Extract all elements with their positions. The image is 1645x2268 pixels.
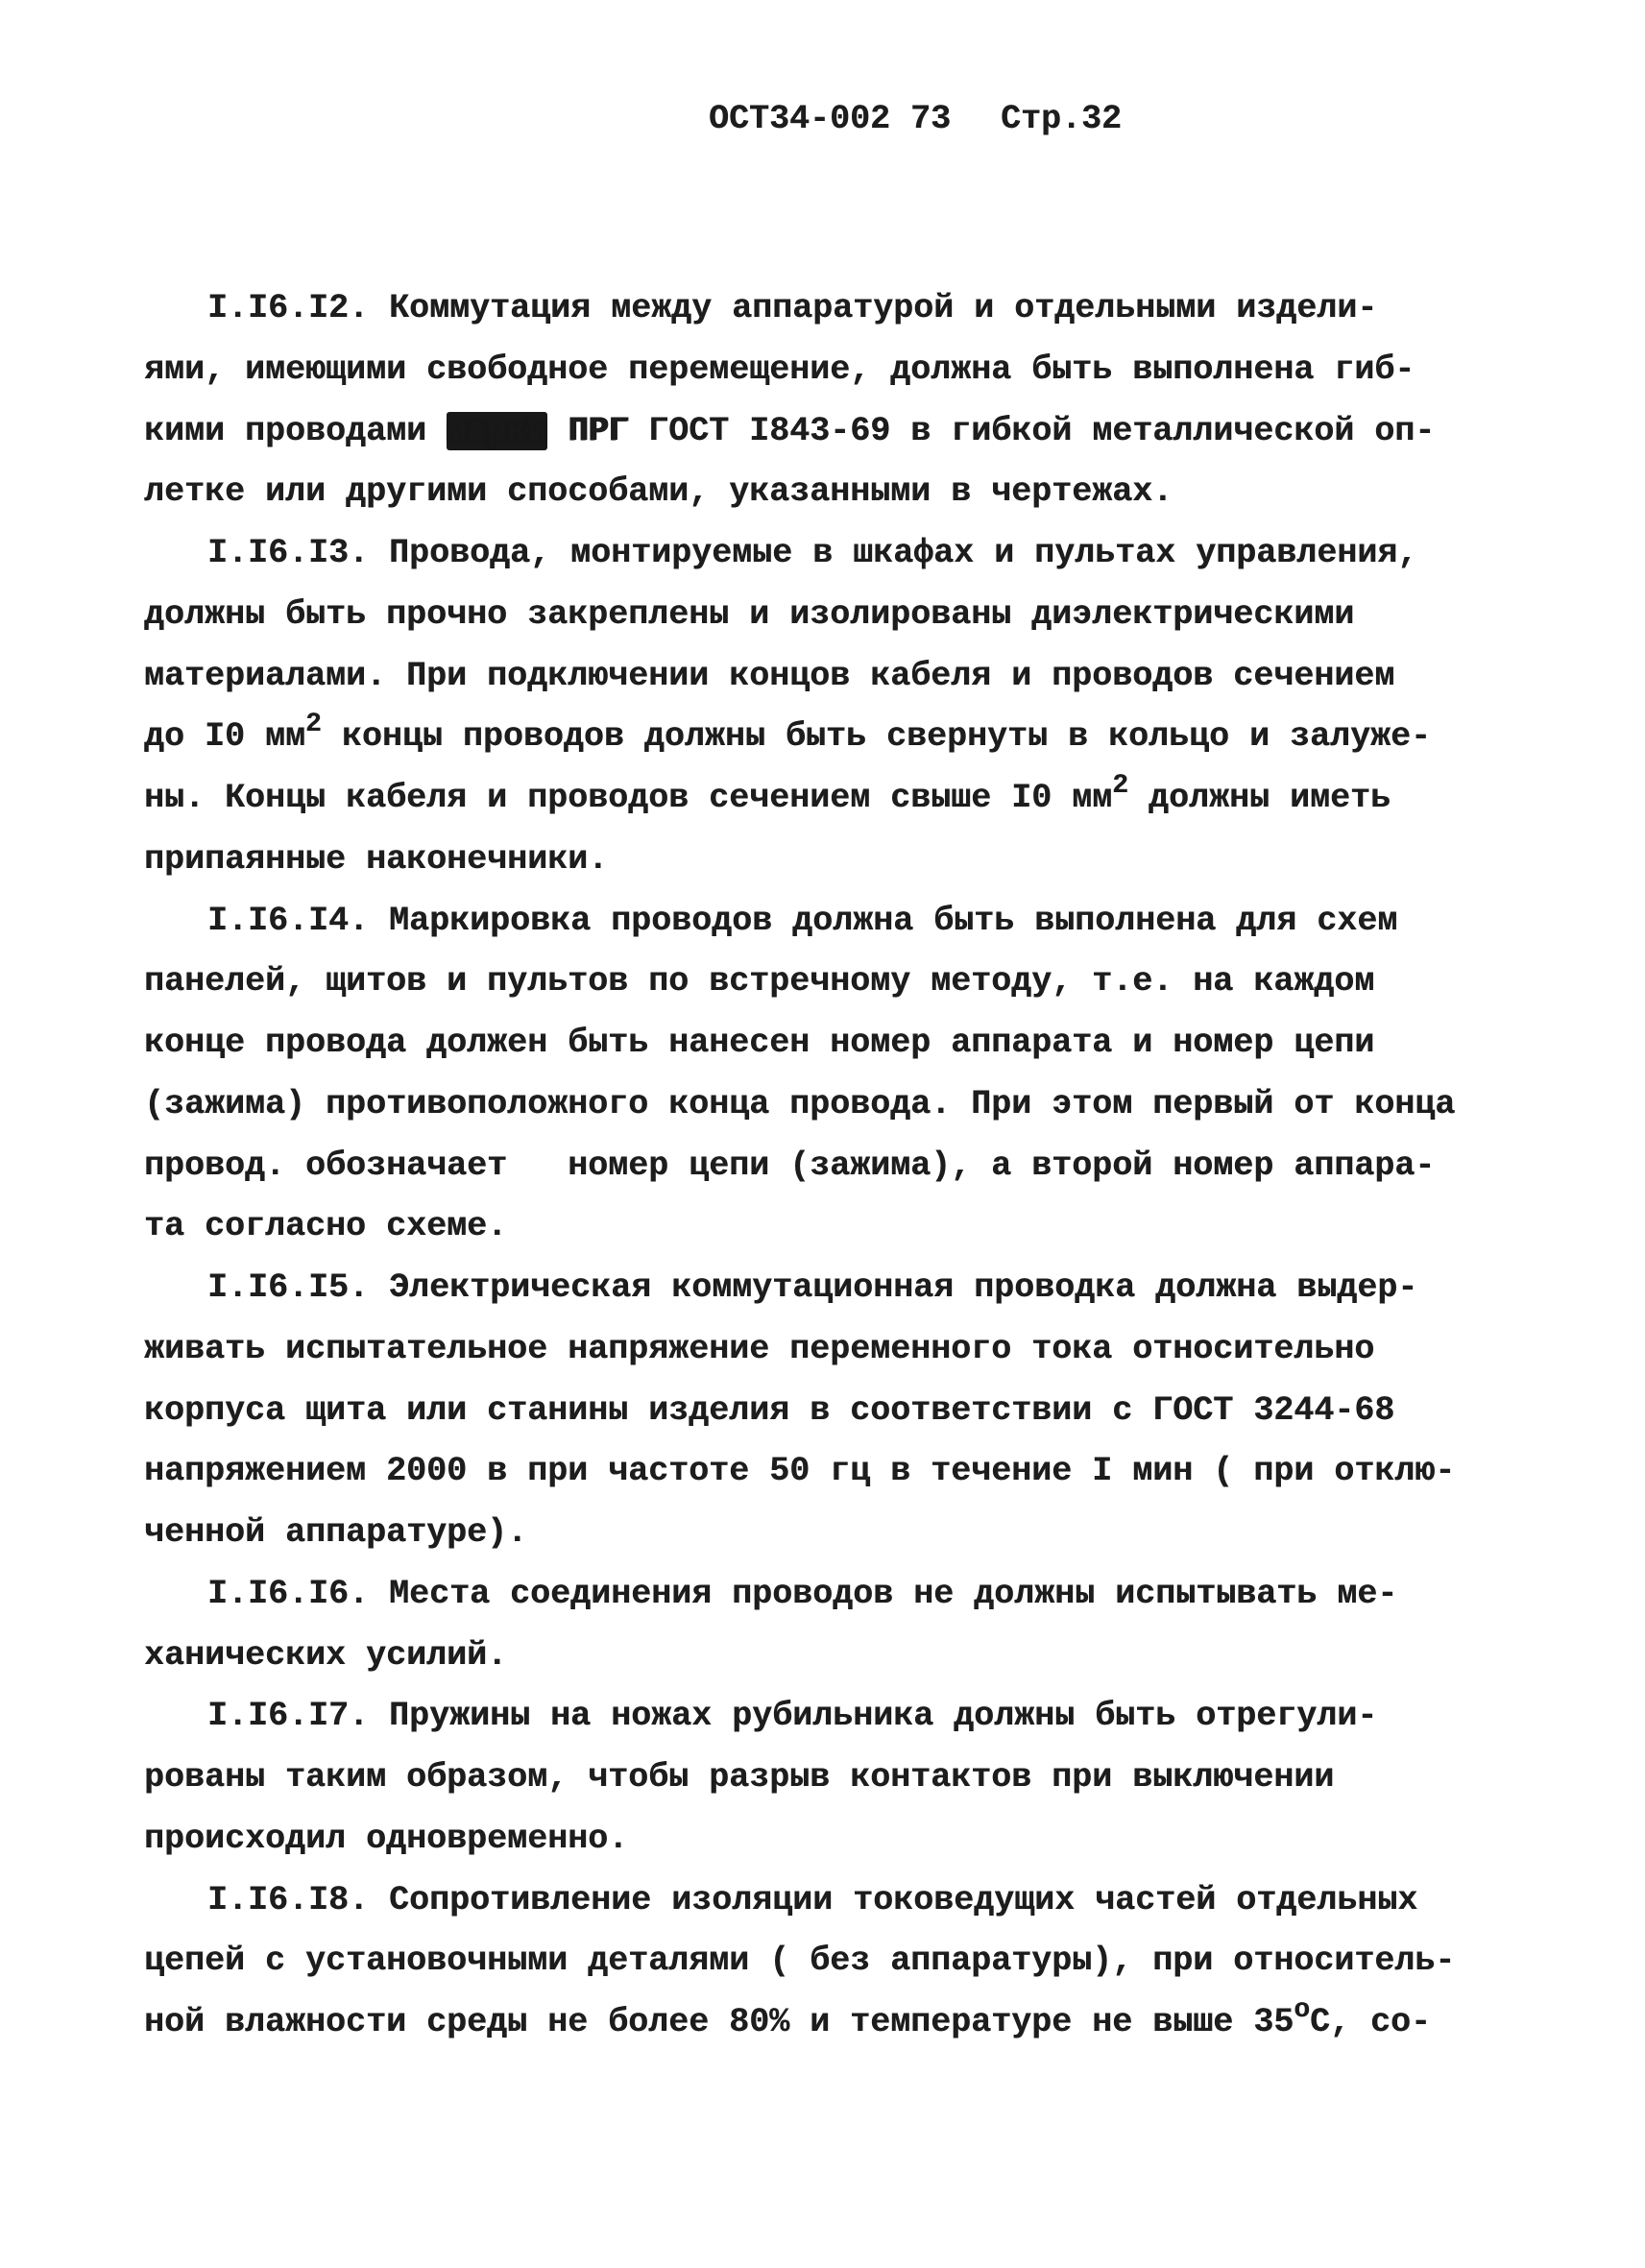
text-line: цепей с установочными деталями ( без апп… [144,1931,1565,1992]
text-segment: провод. обозначает номер цепи (зажима), … [144,1146,1435,1185]
text-segment: I.I6.I8. Сопротивление изоляции токоведу… [207,1881,1417,1919]
text-line: I.I6.I2. Коммутация между аппаратурой и … [144,278,1565,340]
text-segment: материалами. При подключении концов кабе… [144,657,1394,695]
text-line: панелей, щитов и пультов по встречному м… [144,952,1565,1013]
text-segment: ханических усилий. [144,1636,507,1675]
text-segment: панелей, щитов и пультов по встречному м… [144,962,1374,1001]
text-line: (зажима) противоположного конца провода.… [144,1074,1565,1136]
text-line: конце провода должен быть нанесен номер … [144,1013,1565,1074]
text-segment: I.I6.I4. Маркировка проводов должна быть… [207,902,1397,940]
text-segment: I.I6.I2. Коммутация между аппаратурой и … [207,289,1377,327]
text-line: ной влажности среды не более 80% и темпе… [144,1992,1565,2054]
text-line: I.I6.I3. Провода, монтируемые в шкафах и… [144,523,1565,585]
text-line: припаянные наконечники. [144,830,1565,891]
superscript: о [1294,1995,1310,2025]
text-segment: до I0 мм [144,717,305,756]
text-segment: происходил одновременно. [144,1820,628,1858]
text-segment [547,412,568,450]
text-segment: I.I6.I7. Пружины на ножах рубильника дол… [207,1697,1377,1735]
text-line: корпуса щита или станины изделия в соотв… [144,1381,1565,1442]
text-segment: I.I6.I5. Электрическая коммутационная пр… [207,1268,1417,1307]
text-line: I.I6.I8. Сопротивление изоляции токоведу… [144,1870,1565,1932]
text-segment: ГОСТ I843-69 в гибкой металлической оп- [628,412,1435,450]
text-line: ханических усилий. [144,1626,1565,1687]
text-segment: корпуса щита или станины изделия в соотв… [144,1391,1394,1430]
text-segment: должны иметь [1128,779,1391,817]
text-segment: напряжением 2000 в при частоте 50 гц в т… [144,1452,1455,1490]
document-number: ОСТ34-002 73 [709,100,951,138]
text-segment: припаянные наконечники. [144,840,608,879]
text-line: I.I6.I4. Маркировка проводов должна быть… [144,891,1565,953]
superscript: 2 [305,710,322,739]
text-segment: концы проводов должны быть свернуты в ко… [322,717,1431,756]
superscript: 2 [1112,771,1128,801]
text-line: происходил одновременно. [144,1809,1565,1870]
text-segment: живать испытательное напряжение переменн… [144,1330,1374,1368]
text-segment: та согласно схеме. [144,1207,507,1245]
text-segment: кими проводами [144,412,447,450]
text-line: материалами. При подключении концов кабе… [144,646,1565,708]
text-segment: С, со- [1310,2003,1431,2041]
text-line: ченной аппаратуре). [144,1503,1565,1564]
text-line: летке или другими способами, указанными … [144,462,1565,523]
text-line: живать испытательное напряжение переменн… [144,1319,1565,1381]
overtyped-word: ПРГ [568,412,628,450]
text-line: должны быть прочно закреплены и изолиров… [144,585,1565,646]
text-segment: ной влажности среды не более 80% и темпе… [144,2003,1294,2041]
text-segment: ченной аппаратуре). [144,1513,527,1552]
text-line: рованы таким образом, чтобы разрыв конта… [144,1748,1565,1809]
document-page: ОСТ34-002 73 Стр.32 I.I6.I2. Коммутация … [0,0,1645,2268]
text-segment: летке или другими способами, указанными … [144,472,1173,511]
text-segment: I.I6.I6. Места соединения проводов не до… [207,1575,1397,1613]
text-segment: (зажима) противоположного конца провода.… [144,1085,1455,1123]
text-segment: ями, имеющими свободное перемещение, дол… [144,350,1415,389]
text-line: напряжением 2000 в при частоте 50 гц в т… [144,1441,1565,1503]
text-line: кими проводами марки ПРГ ГОСТ I843-69 в … [144,401,1565,463]
text-line: I.I6.I7. Пружины на ножах рубильника дол… [144,1686,1565,1748]
text-line: ны. Концы кабеля и проводов сечением свы… [144,768,1565,830]
text-segment: конце провода должен быть нанесен номер … [144,1024,1374,1062]
text-line: I.I6.I5. Электрическая коммутационная пр… [144,1258,1565,1319]
page-number-label: Стр.32 [1001,100,1122,138]
text-segment: цепей с установочными деталями ( без апп… [144,1942,1455,1980]
text-line: та согласно схеме. [144,1196,1565,1258]
text-line: I.I6.I6. Места соединения проводов не до… [144,1564,1565,1626]
text-segment: рованы таким образом, чтобы разрыв конта… [144,1758,1334,1797]
text-line: до I0 мм2 концы проводов должны быть све… [144,707,1565,768]
text-line: ями, имеющими свободное перемещение, дол… [144,340,1565,401]
struck-out-word: марки [447,412,547,450]
text-segment: I.I6.I3. Провода, монтируемые в шкафах и… [207,534,1417,572]
page-header: ОСТ34-002 73 Стр.32 [0,100,1645,157]
text-segment: ны. Концы кабеля и проводов сечением свы… [144,779,1112,817]
text-line: провод. обозначает номер цепи (зажима), … [144,1136,1565,1197]
text-segment: должны быть прочно закреплены и изолиров… [144,595,1354,634]
document-body: I.I6.I2. Коммутация между аппаратурой и … [144,278,1565,2054]
